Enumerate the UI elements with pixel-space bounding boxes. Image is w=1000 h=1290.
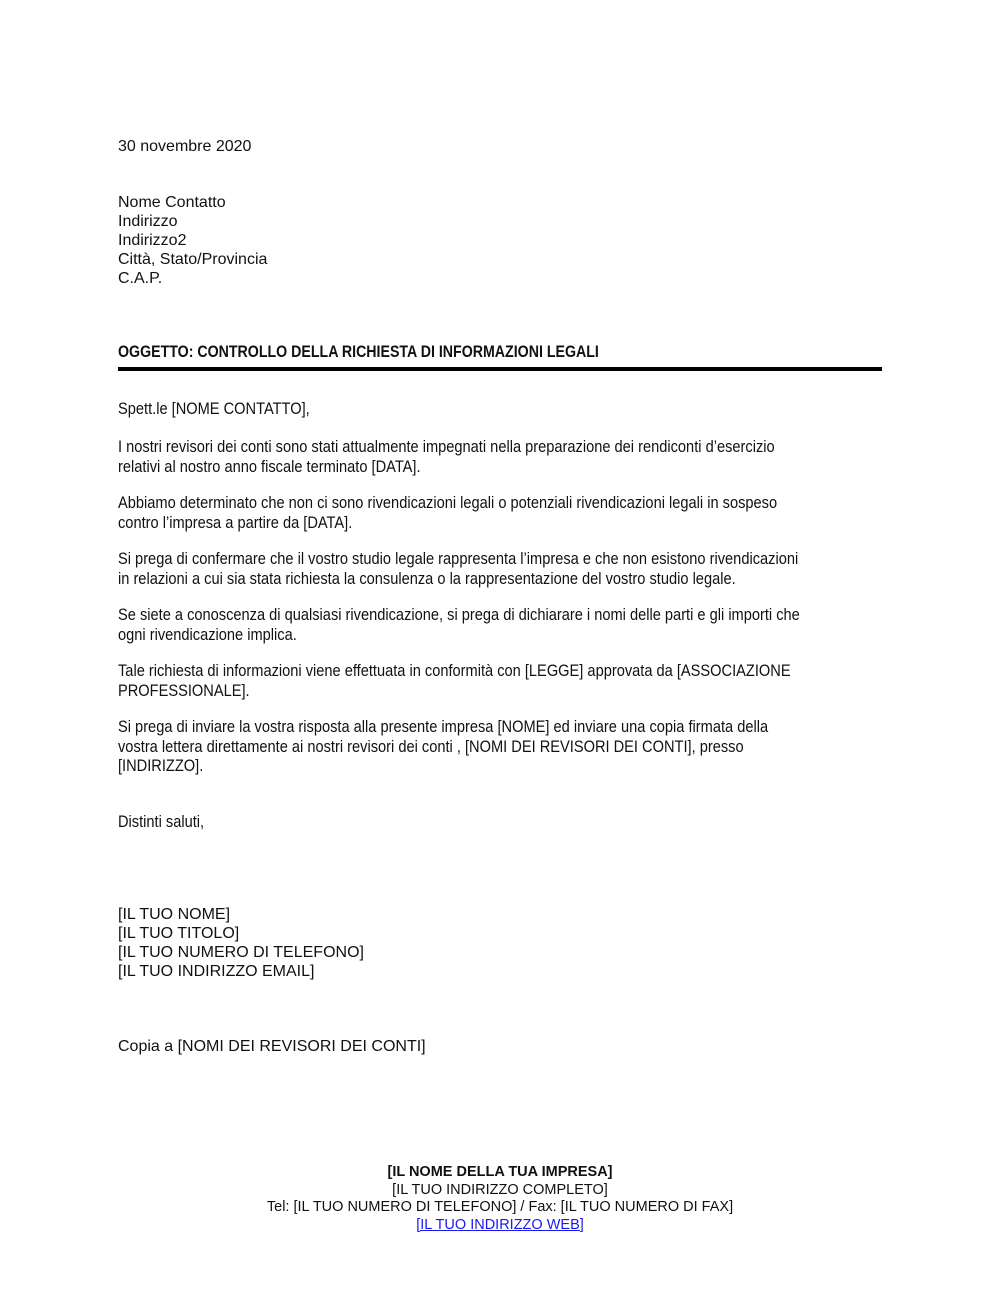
closing: Distinti saluti, <box>118 812 204 832</box>
paragraph-3: Si prega di confermare che il vostro stu… <box>118 549 798 588</box>
paragraph-line: relativi al nostro anno fiscale terminat… <box>118 457 775 477</box>
paragraph-line: Se siete a conoscenza di qualsiasi riven… <box>118 605 800 625</box>
recipient-name: Nome Contatto <box>118 193 267 212</box>
paragraph-line: Tale richiesta di informazioni viene eff… <box>118 661 791 681</box>
paragraph-2: Abbiamo determinato che non ci sono rive… <box>118 493 777 532</box>
footer-contact: Tel: [IL TUO NUMERO DI TELEFONO] / Fax: … <box>0 1199 1000 1217</box>
paragraph-line: PROFESSIONALE]. <box>118 681 791 701</box>
signature-phone: [IL TUO NUMERO DI TELEFONO] <box>118 943 364 962</box>
signature-title: [IL TUO TITOLO] <box>118 924 364 943</box>
paragraph-6: Si prega di inviare la vostra risposta a… <box>118 717 768 776</box>
recipient-address-line1: Indirizzo <box>118 212 267 231</box>
recipient-address: Nome Contatto Indirizzo Indirizzo2 Città… <box>118 193 267 288</box>
footer-company: [IL NOME DELLA TUA IMPRESA] <box>0 1164 1000 1182</box>
paragraph-line: Si prega di inviare la vostra risposta a… <box>118 717 768 737</box>
cc-line: Copia a [NOMI DEI REVISORI DEI CONTI] <box>118 1037 426 1056</box>
recipient-zip: C.A.P. <box>118 269 267 288</box>
subject-divider <box>118 367 882 371</box>
paragraph-line: vostra lettera direttamente ai nostri re… <box>118 737 768 757</box>
recipient-address-line2: Indirizzo2 <box>118 231 267 250</box>
recipient-city: Città, Stato/Provincia <box>118 250 267 269</box>
letterhead-footer: [IL NOME DELLA TUA IMPRESA] [IL TUO INDI… <box>0 1164 1000 1234</box>
signature-block: [IL TUO NOME] [IL TUO TITOLO] [IL TUO NU… <box>118 905 364 981</box>
paragraph-line: Abbiamo determinato che non ci sono rive… <box>118 493 777 513</box>
paragraph-line: in relazioni a cui sia stata richiesta l… <box>118 569 798 589</box>
subject-line: OGGETTO: CONTROLLO DELLA RICHIESTA DI IN… <box>118 343 599 362</box>
footer-web-link[interactable]: [IL TUO INDIRIZZO WEB] <box>416 1217 584 1233</box>
salutation: Spett.le [NOME CONTATTO], <box>118 399 310 419</box>
letter-date: 30 novembre 2020 <box>118 137 251 156</box>
paragraph-4: Se siete a conoscenza di qualsiasi riven… <box>118 605 800 644</box>
footer-address: [IL TUO INDIRIZZO COMPLETO] <box>0 1182 1000 1200</box>
paragraph-line: [INDIRIZZO]. <box>118 756 768 776</box>
paragraph-line: ogni rivendicazione implica. <box>118 625 800 645</box>
paragraph-line: I nostri revisori dei conti sono stati a… <box>118 437 775 457</box>
paragraph-1: I nostri revisori dei conti sono stati a… <box>118 437 775 476</box>
paragraph-line: contro l’impresa a partire da [DATA]. <box>118 513 777 533</box>
signature-email: [IL TUO INDIRIZZO EMAIL] <box>118 962 364 981</box>
paragraph-line: Si prega di confermare che il vostro stu… <box>118 549 798 569</box>
paragraph-5: Tale richiesta di informazioni viene eff… <box>118 661 791 700</box>
signature-name: [IL TUO NOME] <box>118 905 364 924</box>
